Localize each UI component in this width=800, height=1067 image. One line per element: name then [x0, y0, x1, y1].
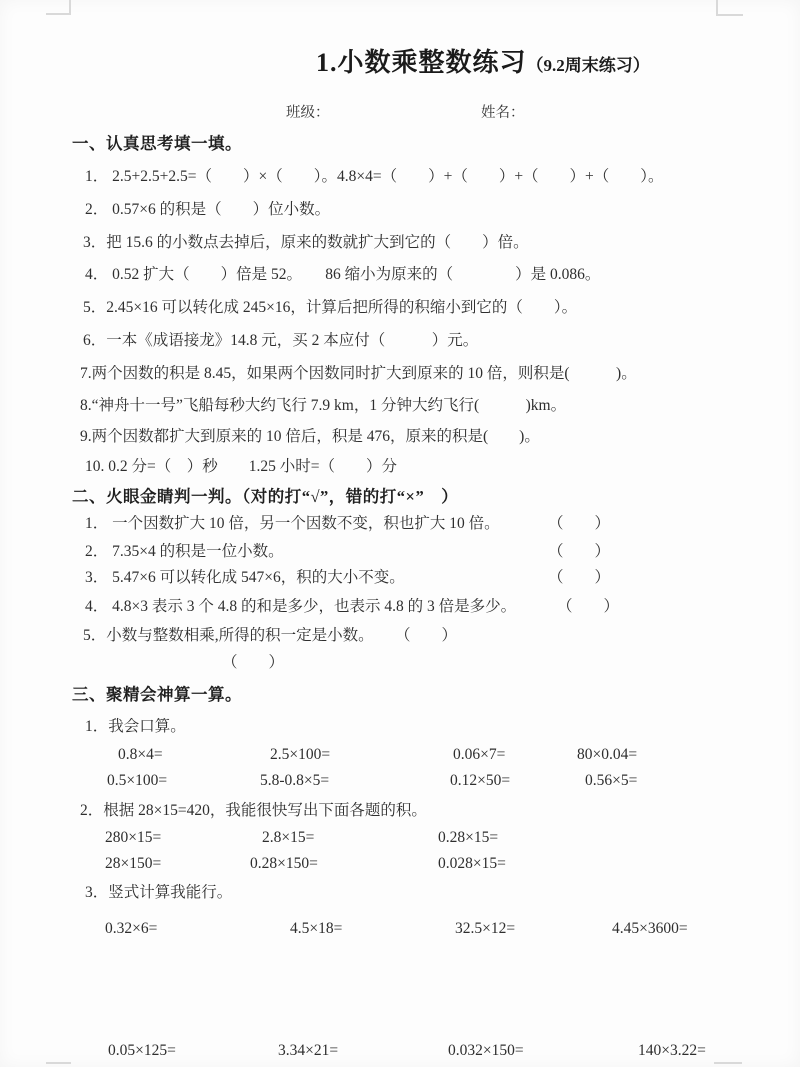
vertical-expr-8: 140×3.22=	[638, 1040, 706, 1061]
class-field-label: 班级：	[286, 103, 330, 124]
oral-expr-2: 2.5×100=	[270, 744, 330, 765]
vertical-expr-2: 4.5×18=	[290, 918, 342, 939]
judge-answer-1: （ ）	[548, 513, 610, 534]
page-title-sub: （9.2周末练习）	[527, 56, 650, 75]
judge-item-4: 4． 4.8×3 表示 3 个 4.8 的和是多少，也表示 4.8 的 3 倍是…	[85, 596, 516, 617]
vertical-expr-4: 4.45×3600=	[612, 918, 688, 939]
judge-answer-5: （ ）	[395, 625, 457, 646]
page-title: 1.小数乘整数练习（9.2周末练习）	[316, 42, 650, 79]
corner-mark-top-right-h	[716, 14, 743, 16]
judge-answer-2: （ ）	[548, 541, 610, 562]
oral-expr-5: 0.5×100=	[107, 770, 167, 791]
derive-expr-6: 0.028×15=	[438, 853, 506, 874]
fill-item-8: 8.“神舟十一号”飞船每秒大约飞行 7.9 km，1 分钟大约飞行( )km。	[80, 395, 566, 416]
judge-answer-4: （ ）	[557, 596, 619, 617]
fill-item-1: 1． 2.5+2.5+2.5=（ ）×（ ）。4.8×4=（ ）+（ ）+（ ）…	[85, 166, 664, 187]
corner-mark-bottom-right-h	[714, 1062, 742, 1064]
vertical-expr-5: 0.05×125=	[108, 1040, 176, 1061]
fill-item-2: 2． 0.57×6 的积是（ ）位小数。	[85, 199, 330, 220]
page-title-main: 1.小数乘整数练习	[316, 48, 527, 77]
oral-expr-3: 0.06×7=	[453, 744, 505, 765]
corner-mark-top-right-v	[716, 0, 718, 14]
fill-item-7: 7.两个因数的积是 8.45，如果两个因数同时扩大到原来的 10 倍，则积是( …	[80, 363, 637, 384]
section1-heading: 一、认真思考填一填。	[72, 133, 242, 154]
corner-mark-top-left-v	[69, 0, 71, 14]
oral-expr-8: 0.56×5=	[585, 770, 637, 791]
name-field-label: 姓名：	[481, 103, 525, 124]
judge-item-2: 2． 7.35×4 的积是一位小数。	[85, 541, 284, 562]
vertical-expr-3: 32.5×12=	[455, 918, 515, 939]
judge-stray-answer: （ ）	[222, 652, 284, 673]
vertical-calc-label: 3．竖式计算我能行。	[85, 882, 232, 903]
derive-expr-1: 280×15=	[105, 827, 161, 848]
oral-expr-6: 5.8-0.8×5=	[260, 770, 329, 791]
oral-expr-4: 80×0.04=	[577, 744, 637, 765]
derive-expr-2: 2.8×15=	[262, 827, 314, 848]
derive-label: 2．根据 28×15=420，我能很快写出下面各题的积。	[80, 800, 427, 821]
corner-mark-top-left-h	[46, 13, 71, 15]
vertical-expr-7: 0.032×150=	[448, 1040, 524, 1061]
section3-heading: 三、聚精会神算一算。	[72, 684, 242, 705]
fill-item-6: 6．一本《成语接龙》14.8 元，买 2 本应付（ ）元。	[83, 330, 478, 351]
judge-item-3: 3． 5.47×6 可以转化成 547×6，积的大小不变。	[85, 567, 405, 588]
judge-item-1: 1． 一个因数扩大 10 倍，另一个因数不变，积也扩大 10 倍。	[85, 513, 500, 534]
oral-expr-1: 0.8×4=	[118, 744, 163, 765]
vertical-expr-6: 3.34×21=	[278, 1040, 338, 1061]
judge-answer-3: （ ）	[548, 567, 610, 588]
fill-item-4: 4． 0.52 扩大（ ）倍是 52。 86 缩小为原来的（ ）是 0.086。	[85, 264, 600, 285]
worksheet-page: 1.小数乘整数练习（9.2周末练习） 班级： 姓名： 一、认真思考填一填。 1．…	[0, 0, 800, 1067]
fill-item-5: 5．2.45×16 可以转化成 245×16，计算后把所得的积缩小到它的（ ）。	[83, 297, 577, 318]
fill-item-3: 3．把 15.6 的小数点去掉后，原来的数就扩大到它的（ ）倍。	[83, 232, 529, 253]
section2-heading: 二、火眼金睛判一判。（对的打“√”，错的打“×” ）	[72, 486, 458, 507]
derive-expr-4: 28×150=	[105, 853, 161, 874]
derive-expr-5: 0.28×150=	[250, 853, 318, 874]
vertical-expr-1: 0.32×6=	[105, 918, 157, 939]
oral-expr-7: 0.12×50=	[450, 770, 510, 791]
judge-item-5: 5．小数与整数相乘,所得的积一定是小数。	[83, 625, 374, 646]
derive-expr-3: 0.28×15=	[438, 827, 498, 848]
fill-item-10: 10. 0.2 分=（ ）秒 1.25 小时=（ ）分	[85, 456, 397, 477]
oral-calc-label: 1．我会口算。	[85, 716, 186, 737]
fill-item-9: 9.两个因数都扩大到原来的 10 倍后，积是 476，原来的积是( )。	[80, 426, 540, 447]
corner-mark-bottom-left-h	[46, 1062, 71, 1064]
